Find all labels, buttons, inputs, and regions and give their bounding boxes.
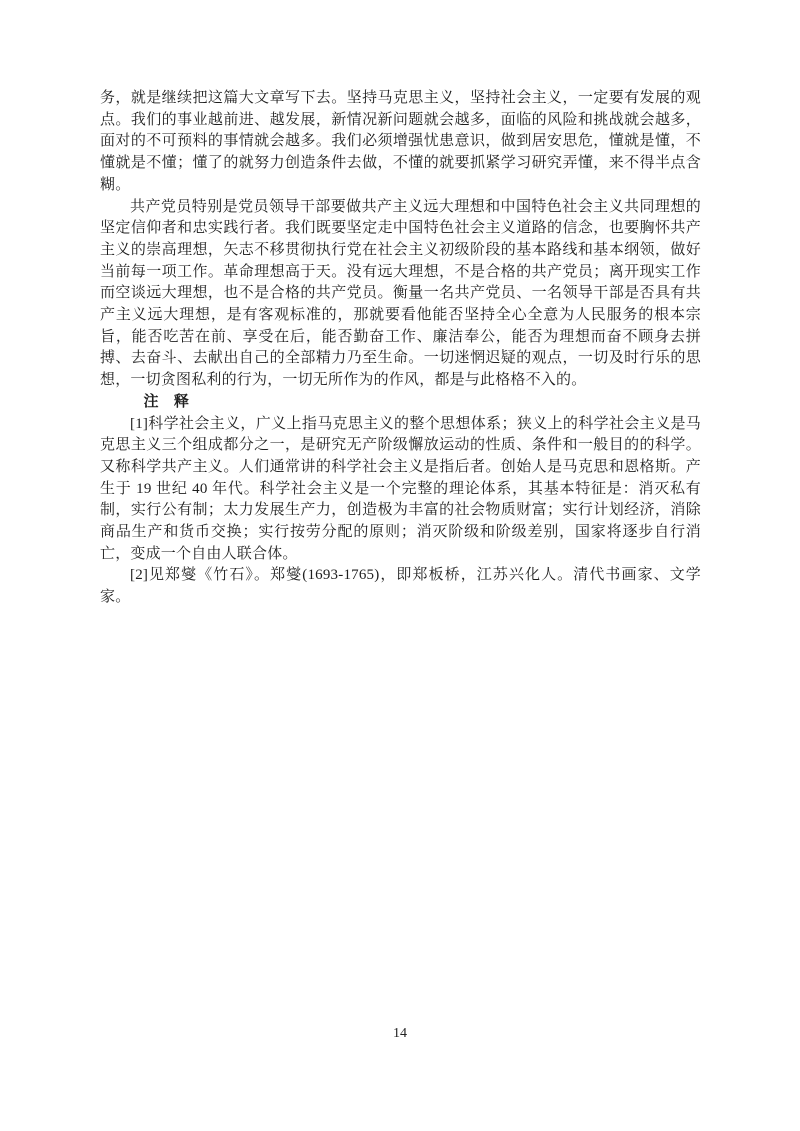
page-number: 14 [393,1026,407,1041]
text-block: 务，就是继续把这篇大文章写下去。坚持马克思主义，坚持社会主义，一定要有发展的观点… [100,88,701,609]
footnote-2: [2]见郑燮《竹石》。郑燮(1693-1765)，即郑板桥，江苏兴化人。清代书画… [100,565,701,608]
document-page: 务，就是继续把这篇大文章写下去。坚持马克思主义，坚持社会主义，一定要有发展的观点… [0,0,800,1131]
paragraph-continuation: 务，就是继续把这篇大文章写下去。坚持马克思主义，坚持社会主义，一定要有发展的观点… [100,88,701,197]
paragraph-ideals: 共产党员特别是党员领导干部要做共产主义远大理想和中国特色社会主义共同理想的坚定信… [100,197,701,392]
footnote-1: [1]科学社会主义，广义上指马克思主义的整个思想体系；狭义上的科学社会主义是马克… [100,414,701,566]
page-footer: 14 [0,1026,800,1042]
notes-heading: 注 释 [100,392,701,414]
